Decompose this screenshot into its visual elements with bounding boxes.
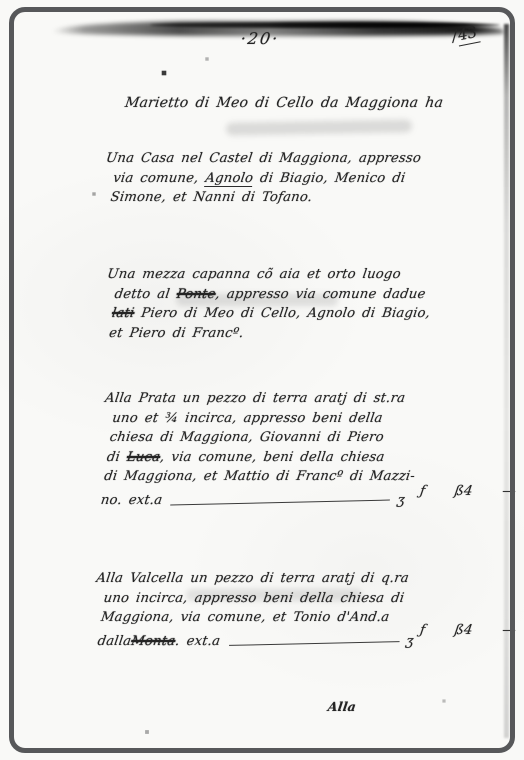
text-segment-strike: Luca xyxy=(126,450,161,465)
folio-number-value: 43 xyxy=(455,23,481,47)
text-segment: Simone, et Nanni di Tofano. xyxy=(110,190,314,205)
text-segment: , appresso via comune dadue xyxy=(215,287,427,302)
text-segment: di Biagio, Menico di xyxy=(252,171,406,186)
entry-paragraph-casa: Una Casa nel Castel di Maggiona, appress… xyxy=(99,151,442,210)
text-segment: Alla Prata un pezzo di terra aratj di st… xyxy=(104,391,406,406)
ink-specks xyxy=(0,0,2,2)
text-segment: Maggiona, via comune, et Tonio d'And.a xyxy=(100,610,391,625)
scribal-mark: ʒ xyxy=(396,493,406,508)
text-segment: detto al xyxy=(114,287,178,302)
manuscript-line: Simone, et Nanni di Tofano. xyxy=(99,190,437,210)
manuscript-line: Una mezza capanna cõ aia et orto luogo xyxy=(106,267,444,287)
text-segment-strike: Monta xyxy=(130,634,176,649)
manuscript-line: di Luca, via comune, beni della chiesa xyxy=(95,450,412,470)
scan-top-edge-smudge-core xyxy=(150,22,500,28)
ink-bleed-smudge xyxy=(226,119,412,135)
valuation-marks: ƒ ß4 — xyxy=(419,483,517,499)
lira-mark: ƒ xyxy=(419,622,426,638)
text-segment: di Maggiona, et Mattio di Francº di Mazz… xyxy=(103,469,416,484)
manuscript-line: Una Casa nel Castel di Maggiona, appress… xyxy=(104,151,442,171)
manuscript-line: dalla Monta. ext.aʒ xyxy=(87,630,416,650)
entry-paragraph-terra-alla-prata: Alla Prata un pezzo di terra aratj di st… xyxy=(90,391,420,508)
text-segment: via comune, xyxy=(112,171,206,186)
manuscript-line: et Piero di Francº. xyxy=(98,326,436,346)
ink-rule-line xyxy=(229,640,399,646)
manuscript-line: lati Piero di Meo di Cello, Agnolo di Bi… xyxy=(100,306,438,326)
entry-paragraph-terra-alla-valcella: Alla Valcella un pezzo di terra aratj di… xyxy=(87,571,424,649)
text-segment: dalla xyxy=(97,634,133,649)
page-number: ·20· xyxy=(221,29,300,48)
text-segment: chiesa di Maggiona, Giovanni di Piero xyxy=(109,430,385,445)
text-segment: Una mezza capanna cõ aia et orto luogo xyxy=(106,267,401,282)
manuscript-line: uno incirca, appresso beni della chiesa … xyxy=(92,591,421,611)
soldi-mark: ß4 xyxy=(454,483,474,499)
ink-rule-line xyxy=(171,499,391,506)
manuscript-line: chiesa di Maggiona, Giovanni di Piero xyxy=(98,430,415,450)
soldi-mark: ß4 xyxy=(454,622,474,638)
manuscript-line: uno et ¾ incirca, appresso beni della xyxy=(101,411,418,431)
valuation-marks: ƒ ß4 — xyxy=(419,622,517,638)
folio-number: ∕43 xyxy=(450,23,480,48)
manuscript-line: di Maggiona, et Mattio di Francº di Mazz… xyxy=(93,469,410,489)
text-segment: . ext.a xyxy=(174,634,221,649)
denari-mark: — xyxy=(501,483,517,499)
text-segment: Piero di Meo di Cello, Agnolo di Biagio, xyxy=(133,306,431,321)
text-segment-strike: Ponte xyxy=(176,287,217,302)
text-segment: Una Casa nel Castel di Maggiona, appress… xyxy=(105,151,422,166)
manuscript-line: Maggiona, via comune, et Tonio d'And.a xyxy=(89,610,418,630)
denari-mark: — xyxy=(501,622,517,638)
entry-paragraph-capanna: Una mezza capanna cõ aia et orto luogode… xyxy=(98,267,444,345)
lira-mark: ƒ xyxy=(419,483,426,499)
text-segment-underline: Agnolo xyxy=(204,171,254,187)
manuscript-line: detto al Ponte, appresso via comune dadu… xyxy=(103,287,441,307)
text-segment: uno incirca, appresso beni della chiesa … xyxy=(103,591,406,606)
manuscript-line: Alla Prata un pezzo di terra aratj di st… xyxy=(103,391,420,411)
text-segment: et Piero di Francº. xyxy=(108,326,244,341)
text-segment: uno et ¾ incirca, appresso beni della xyxy=(111,411,383,426)
manuscript-scan: ·20· ∕43 Marietto di Meo di Cello da Mag… xyxy=(0,0,524,760)
text-segment: Alla Valcella un pezzo di terra aratj di… xyxy=(95,571,410,586)
catchword: Alla xyxy=(327,699,357,714)
scribal-mark: ʒ xyxy=(405,634,415,649)
entry-heading: Marietto di Meo di Cello da Maggiona ha xyxy=(124,95,444,111)
text-segment-strike: lati xyxy=(111,306,136,321)
text-segment: , via comune, beni della chiesa xyxy=(159,450,385,465)
manuscript-line: via comune, Agnolo di Biagio, Menico di xyxy=(102,171,440,191)
manuscript-line: no. ext.aʒ xyxy=(90,489,407,509)
text-segment: no. ext.a xyxy=(100,493,164,508)
manuscript-line: Alla Valcella un pezzo di terra aratj di… xyxy=(95,571,424,591)
text-segment: di xyxy=(106,450,128,465)
